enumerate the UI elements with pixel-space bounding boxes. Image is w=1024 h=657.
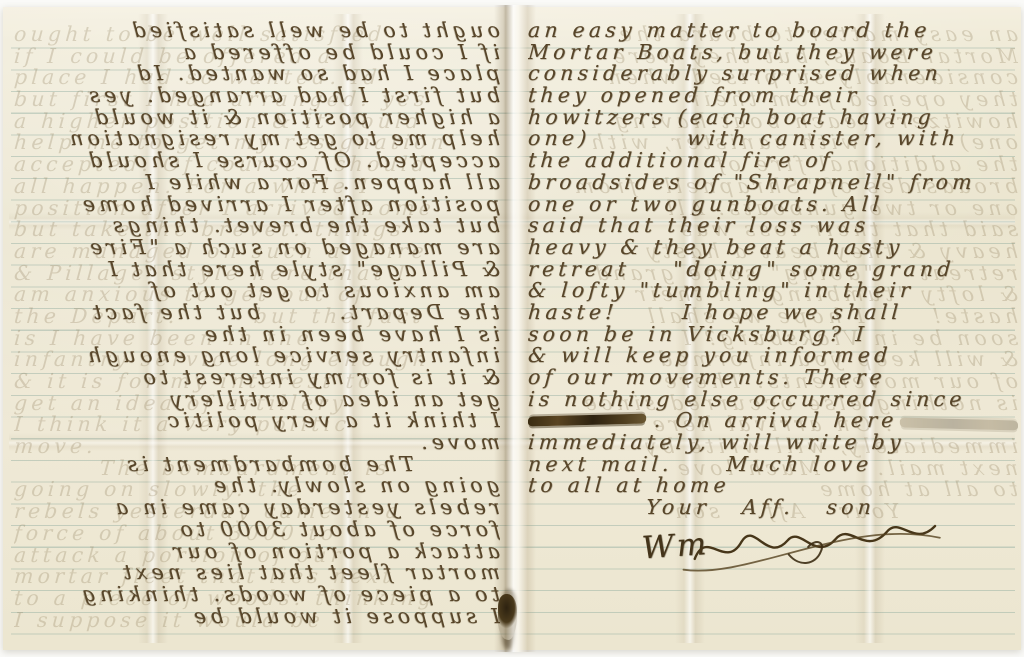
- handwriting-line: I think it a very politic: [14, 410, 500, 432]
- handwriting-line: infantry service long enough: [14, 345, 500, 367]
- handwriting-line: broadsides of "Shrapnell" from: [528, 172, 1018, 194]
- handwriting-line: the additional fire of: [528, 150, 1018, 172]
- handwriting-line: move.: [14, 432, 500, 454]
- handwriting-line: am anxious to get out of: [14, 280, 500, 302]
- handwriting-line: one) with canister, with: [528, 128, 1018, 150]
- handwriting-line: help me to get my resignation: [14, 128, 500, 150]
- letter-scan: ought to be well satisfiedif I could be …: [0, 0, 1024, 657]
- handwriting-line: considerably surprised when: [528, 63, 1018, 85]
- handwriting-line: force of about 3000 to: [14, 519, 500, 541]
- handwriting-line: & will keep you informed: [528, 345, 1018, 367]
- handwriting-line: one or two gunboats. All: [528, 194, 1018, 216]
- handwriting-line: going on slowly. the: [14, 475, 500, 497]
- handwriting-line: are managed on such a "Fire: [14, 237, 500, 259]
- handwriting-line: mortar fleet that lies next: [14, 562, 500, 584]
- handwriting-line: & Pillage" style here that I: [14, 259, 500, 281]
- handwriting-line: retreat "doing" some grand: [528, 259, 1018, 281]
- handwriting-line: an easy matter to board the: [528, 20, 1018, 42]
- handwriting-line: accepted. Of course I should: [14, 150, 500, 172]
- handwriting-line: I suppose it would be: [14, 606, 500, 628]
- handwriting-line: . On arrival here: [528, 410, 1018, 432]
- handwriting-line: but first I had arranged. yes: [14, 85, 500, 107]
- handwriting-line: place I had so wanted. Id: [14, 63, 500, 85]
- handwriting-line: said that their loss was: [528, 215, 1018, 237]
- handwriting-line: to all at home: [528, 475, 1018, 497]
- handwriting-line: the Depart. but the fact: [14, 302, 500, 324]
- handwriting-line: haste! I hope we shall: [528, 302, 1018, 324]
- handwriting-left-page: ought to be well satisfiedif I could be …: [14, 20, 500, 644]
- handwriting-line: heavy & they beat a hasty: [528, 237, 1018, 259]
- handwriting-line: & it is for my interest to: [14, 367, 500, 389]
- handwriting-line: ought to be well satisfied: [14, 20, 500, 42]
- handwriting-line: to a piece of woods. thinking: [14, 584, 500, 606]
- ink-blot: [498, 594, 517, 640]
- handwriting-line: of our movements. There: [528, 367, 1018, 389]
- handwriting-line: position after I arrived home: [14, 194, 500, 216]
- handwriting-line: rebels yesterday came in a: [14, 497, 500, 519]
- ink-strikethrough: [528, 413, 646, 426]
- handwriting-text: . On arrival here: [653, 408, 898, 432]
- handwriting-line: but take the brevet. things: [14, 215, 500, 237]
- handwriting-line: all happen. For a while I: [14, 172, 500, 194]
- handwriting-line: they opened from their: [528, 85, 1018, 107]
- handwriting-line: immediately, will write by: [528, 432, 1018, 454]
- handwriting-line: attack a portion of our: [14, 541, 500, 563]
- handwriting-line: & lofty "tumbling" in their: [528, 280, 1018, 302]
